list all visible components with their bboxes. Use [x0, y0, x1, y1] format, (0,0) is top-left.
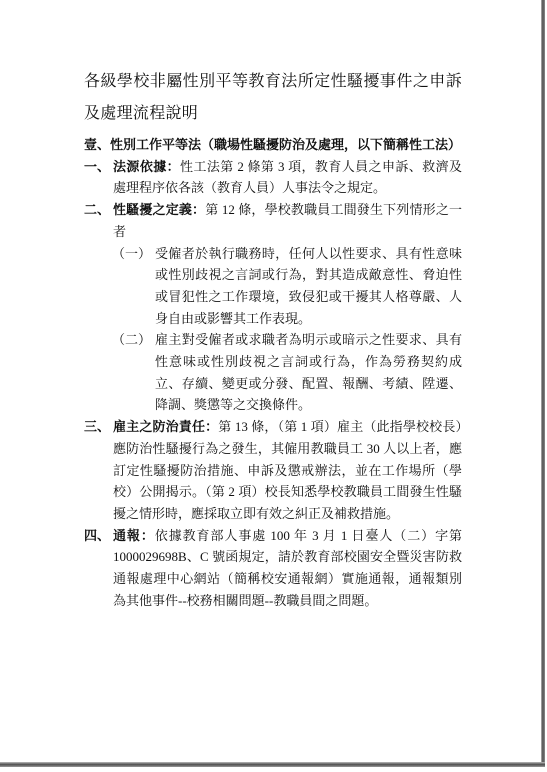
section-heading: 雇主之防治責任：	[113, 419, 218, 434]
page-title: 各級學校非屬性別平等教育法所定性騷擾事件之申訴及處理流程說明	[84, 66, 462, 130]
subitem-number: （二）	[112, 329, 151, 351]
page-scan-edge-right	[541, 0, 545, 767]
section-text: 雇主之防治責任：第 13 條，（第 1 項）雇主（此指學校校長）應防治性騷擾行為…	[113, 416, 462, 525]
document-body: 壹、性別工作平等法（職場性騷擾防治及處理，以下簡稱性工法） 一、 法源依據：性工…	[84, 134, 462, 611]
section-body: 依據教育部人事處 100 年 3 月 1 日臺人（二）字第 1000029698…	[113, 528, 462, 608]
section-reporting: 四、 通報：依據教育部人事處 100 年 3 月 1 日臺人（二）字第 1000…	[84, 525, 462, 612]
section-number: 二、	[84, 199, 110, 221]
section-harassment-definition: 二、 性騷擾之定義：第 12 條，學校教職員工間發生下列情形之一者 （一） 受僱…	[84, 199, 462, 416]
subitem-text: 雇主對受僱者或求職者為明示或暗示之性要求、具有性意味或性別歧視之言詞或行為，作為…	[155, 329, 462, 416]
section-number: 四、	[84, 525, 110, 547]
section-employer-duty: 三、 雇主之防治責任：第 13 條，（第 1 項）雇主（此指學校校長）應防治性騷…	[84, 416, 462, 525]
section-body: 第 13 條，（第 1 項）雇主（此指學校校長）應防治性騷擾行為之發生，其僱用教…	[113, 419, 462, 521]
subitem-number: （一）	[112, 243, 151, 265]
section-heading: 性騷擾之定義：	[113, 202, 205, 217]
section-text: 法源依據：性工法第 2 條第 3 項，教育人員之申訴、救濟及處理程序依各該（教育…	[113, 156, 462, 199]
document-page: 各級學校非屬性別平等教育法所定性騷擾事件之申訴及處理流程說明 壹、性別工作平等法…	[84, 66, 462, 611]
chapter-number: 壹、	[84, 137, 110, 152]
section-heading: 通報：	[113, 528, 155, 543]
section-text: 通報：依據教育部人事處 100 年 3 月 1 日臺人（二）字第 1000029…	[113, 525, 462, 612]
subitem-text: 受僱者於執行職務時，任何人以性要求、具有性意味或性別歧視之言詞或行為，對其造成敵…	[155, 243, 462, 330]
subitem-quid-pro-quo: （二） 雇主對受僱者或求職者為明示或暗示之性要求、具有性意味或性別歧視之言詞或行…	[113, 329, 462, 416]
chapter-heading: 壹、性別工作平等法（職場性騷擾防治及處理，以下簡稱性工法）	[84, 134, 462, 156]
section-legal-basis: 一、 法源依據：性工法第 2 條第 3 項，教育人員之申訴、救濟及處理程序依各該…	[84, 156, 462, 199]
section-number: 三、	[84, 416, 110, 438]
subitem-hostile-environment: （一） 受僱者於執行職務時，任何人以性要求、具有性意味或性別歧視之言詞或行為，對…	[113, 243, 462, 330]
section-text: 性騷擾之定義：第 12 條，學校教職員工間發生下列情形之一者	[113, 199, 462, 242]
section-heading: 法源依據：	[113, 159, 180, 174]
section-number: 一、	[84, 156, 110, 178]
page-scan-edge-bottom	[0, 762, 545, 767]
chapter-text: 性別工作平等法（職場性騷擾防治及處理，以下簡稱性工法）	[110, 137, 461, 152]
